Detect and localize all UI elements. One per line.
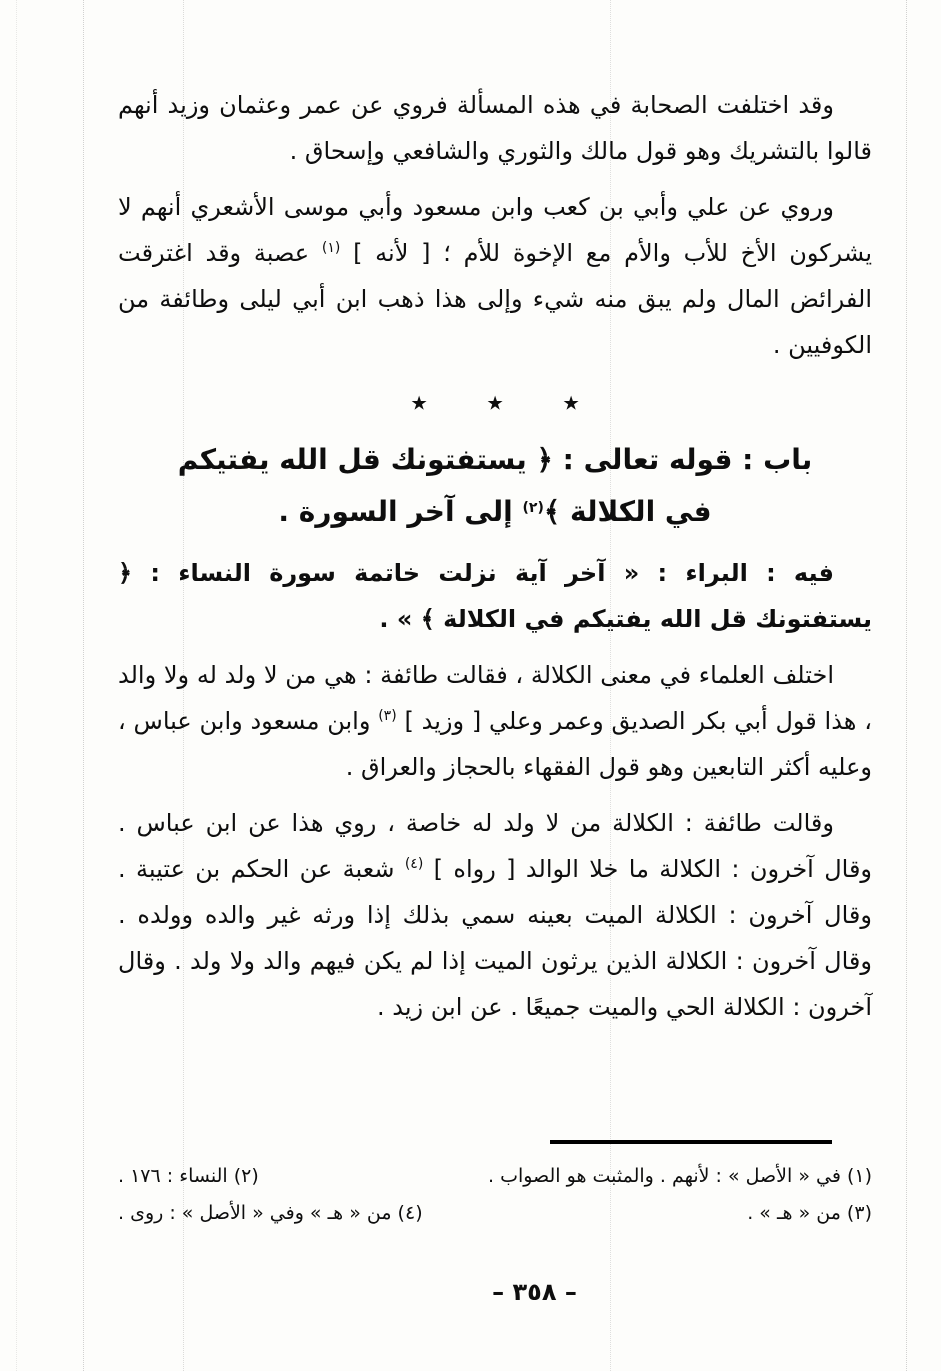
chapter-heading-line1: باب : قوله تعالى : ﴿ يستفتونك قل الله يف… <box>178 443 813 476</box>
chapter-heading: باب : قوله تعالى : ﴿ يستفتونك قل الله يف… <box>118 434 872 538</box>
footnotes-section: (١) في « الأصل » : لأنهم . والمثبت هو ال… <box>118 1140 872 1232</box>
footnote-marker-3: (٣) <box>378 708 396 724</box>
footnote-row: (٣) من « هـ » . (٤) من « هـ » وفي « الأص… <box>118 1195 872 1232</box>
book-page: وقد اختلفت الصحابة في هذه المسألة فروي ع… <box>0 0 941 1371</box>
scan-artifact-line <box>83 0 84 1371</box>
footnote-marker-1: (١) <box>322 240 340 256</box>
footnote-row: (١) في « الأصل » : لأنهم . والمثبت هو ال… <box>118 1158 872 1195</box>
paragraph-kalala-views: وقالت طائفة : الكلالة من لا ولد له خاصة … <box>118 800 872 1030</box>
page-number: – ٣٥٨ – <box>128 1278 941 1306</box>
paragraph-ali-report: وروي عن علي وأبي بن كعب وابن مسعود وأبي … <box>118 184 872 368</box>
scan-artifact-line <box>16 0 17 1371</box>
scan-artifact-line <box>906 0 907 1371</box>
hadith-bara-paragraph: فيه : البراء : « آخر آية نزلت خاتمة سورة… <box>118 550 872 642</box>
section-divider-ornament: ٭ ٭ ٭ <box>118 378 872 428</box>
footnotes-list: (١) في « الأصل » : لأنهم . والمثبت هو ال… <box>118 1158 872 1232</box>
footnote-1: (١) في « الأصل » : لأنهم . والمثبت هو ال… <box>488 1158 872 1195</box>
chapter-heading-line2-end: إلى آخر السورة . <box>278 495 522 528</box>
paragraph-companions-dispute: وقد اختلفت الصحابة في هذه المسألة فروي ع… <box>118 82 872 174</box>
star-ornament-icon: ٭ <box>410 374 428 432</box>
star-ornament-icon: ٭ <box>486 374 504 432</box>
footnote-separator-rule <box>550 1140 832 1144</box>
paragraph-kalala-scholars: اختلف العلماء في معنى الكلالة ، فقالت طا… <box>118 652 872 790</box>
footnote-3: (٣) من « هـ » . <box>747 1195 872 1232</box>
footnote-marker-2: (٢) <box>523 500 544 516</box>
chapter-heading-line2: في الكلالة ﴾ <box>544 495 712 528</box>
footnote-2: (٢) النساء : ١٧٦ . <box>118 1158 259 1195</box>
star-ornament-icon: ٭ <box>562 374 580 432</box>
footnote-marker-4: (٤) <box>405 856 423 872</box>
footnote-4: (٤) من « هـ » وفي « الأصل » : روى . <box>118 1195 423 1232</box>
main-text: وقد اختلفت الصحابة في هذه المسألة فروي ع… <box>118 82 872 1040</box>
